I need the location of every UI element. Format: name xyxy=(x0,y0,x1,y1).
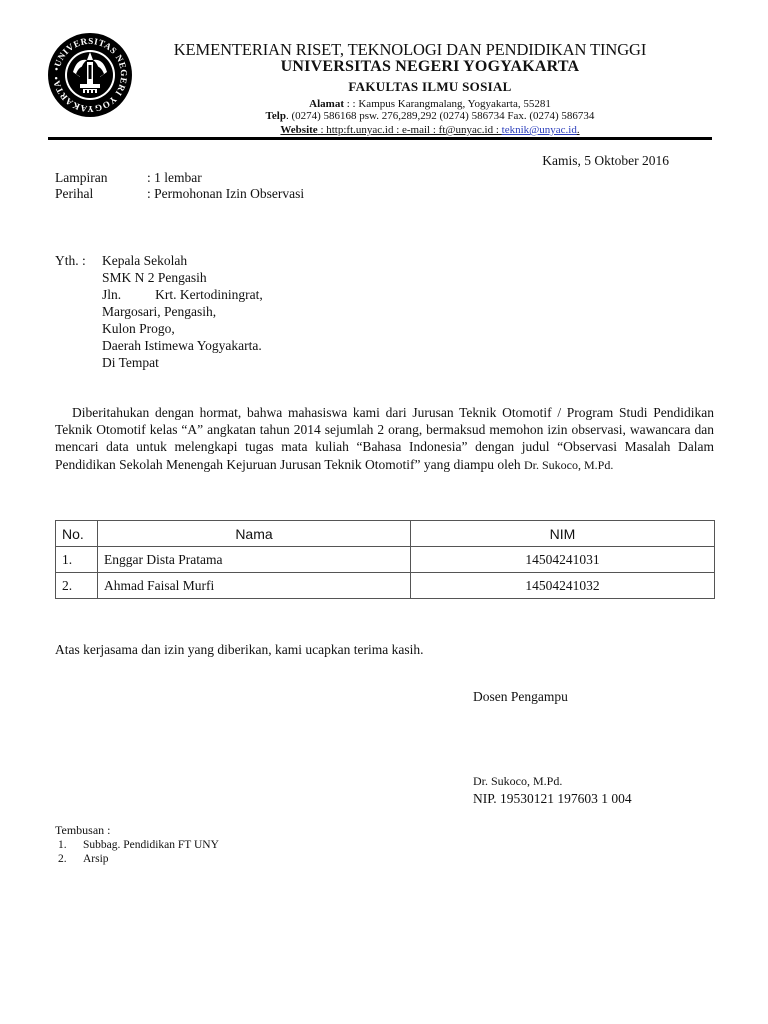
lampiran-value: : 1 lembar xyxy=(147,169,202,186)
address-value: : : Kampus Karangmalang, Yogyakarta, 552… xyxy=(344,98,551,110)
phone-label: Telp xyxy=(266,110,286,122)
recipient-label: Yth. : xyxy=(55,252,86,269)
cc-item-text: Arsip xyxy=(83,852,109,866)
table-header-row: No. Nama NIM xyxy=(56,521,715,547)
students-table: No. Nama NIM 1. Enggar Dista Pratama 145… xyxy=(55,520,715,599)
header-no: No. xyxy=(56,521,98,547)
cell-name: Enggar Dista Pratama xyxy=(98,547,411,573)
recipient-line: Daerah Istimewa Yogyakarta. xyxy=(102,337,262,354)
header-nim: NIM xyxy=(411,521,715,547)
street-name: Krt. Kertodiningrat, xyxy=(155,287,263,302)
faculty-name: FAKULTAS ILMU SOSIAL xyxy=(160,79,700,95)
cell-no: 2. xyxy=(56,573,98,599)
address-line: Alamat : : Kampus Karangmalang, Yogyakar… xyxy=(160,98,700,110)
recipient-line: Di Tempat xyxy=(102,354,159,371)
website-line: Website : http:ft.unyac.id : e-mail : ft… xyxy=(160,124,700,136)
perihal-value: : Permohonan Izin Observasi xyxy=(147,185,304,202)
website-value: : http:ft.unyac.id : e-mail : ft@unyac.i… xyxy=(318,124,502,136)
cc-item-text: Subbag. Pendidikan FT UNY xyxy=(83,838,219,852)
body-paragraph: Diberitahukan dengan hormat, bahwa mahas… xyxy=(55,404,714,474)
recipient-line: Kulon Progo, xyxy=(102,320,175,337)
recipient-line: Kepala Sekolah xyxy=(102,252,187,269)
cc-item-number: 1. xyxy=(58,838,67,852)
address-label: Alamat xyxy=(309,98,344,110)
email-link[interactable]: teknik@unyac.id xyxy=(502,124,577,136)
cell-no: 1. xyxy=(56,547,98,573)
letter-date: Kamis, 5 Oktober 2016 xyxy=(542,152,669,169)
signature-nip: NIP. 19530121 197603 1 004 xyxy=(473,790,632,807)
phone-value: . (0274) 586168 psw. 276,289,292 (0274) … xyxy=(286,110,595,122)
ministry-name: KEMENTERIAN RISET, TEKNOLOGI DAN PENDIDI… xyxy=(140,40,680,60)
body-text: Diberitahukan dengan hormat, bahwa mahas… xyxy=(55,405,714,472)
cc-label: Tembusan : xyxy=(55,822,110,839)
signature-name: Dr. Sukoco, M.Pd. xyxy=(473,773,562,790)
university-name: UNIVERSITAS NEGERI YOGYAKARTA xyxy=(160,58,700,76)
recipient-line: Margosari, Pengasih, xyxy=(102,303,216,320)
cc-item-number: 2. xyxy=(58,852,67,866)
university-seal-icon: •UNIVERSITAS NEGERI YOGYAKARTA• xyxy=(47,32,133,118)
cell-nim: 14504241032 xyxy=(411,573,715,599)
cell-name: Ahmad Faisal Murfi xyxy=(98,573,411,599)
lampiran-label: Lampiran xyxy=(55,169,107,186)
phone-line: Telp. (0274) 586168 psw. 276,289,292 (02… xyxy=(160,110,700,122)
recipient-line: SMK N 2 Pengasih xyxy=(102,269,207,286)
body-lecturer-name: Dr. Sukoco, M.Pd. xyxy=(524,458,613,472)
street-prefix: Jln. xyxy=(102,287,121,302)
website-end: . xyxy=(577,124,580,136)
recipient-street: Jln.Krt. Kertodiningrat, xyxy=(102,286,263,303)
table-row: 1. Enggar Dista Pratama 14504241031 xyxy=(56,547,715,573)
letterhead-divider xyxy=(48,137,712,140)
header-name: Nama xyxy=(98,521,411,547)
perihal-label: Perihal xyxy=(55,185,93,202)
signature-title: Dosen Pengampu xyxy=(473,688,568,705)
closing-sentence: Atas kerjasama dan izin yang diberikan, … xyxy=(55,641,424,658)
cell-nim: 14504241031 xyxy=(411,547,715,573)
table-row: 2. Ahmad Faisal Murfi 14504241032 xyxy=(56,573,715,599)
website-label: Website xyxy=(280,124,317,136)
